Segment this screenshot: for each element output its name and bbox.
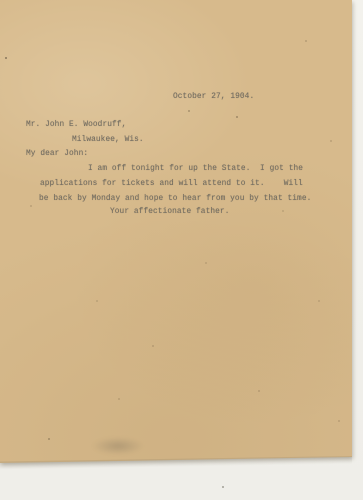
scanned-letter-image: October 27, 1904. Mr. John E. Woodruff, … xyxy=(0,0,363,500)
letter-paper: October 27, 1904. Mr. John E. Woodruff, … xyxy=(0,0,352,463)
body-line-1: I am off tonight for up the State. I got… xyxy=(88,164,303,174)
paper-stain xyxy=(92,437,144,455)
paper-shadow-wrapper: October 27, 1904. Mr. John E. Woodruff, … xyxy=(0,0,352,463)
body-line-3: be back by Monday and hope to hear from … xyxy=(39,194,311,204)
closing-line: Your affectionate father. xyxy=(110,207,229,217)
scan-margin-speck xyxy=(222,486,224,488)
recipient-city-line: Milwaukee, Wis. xyxy=(72,135,144,145)
body-line-2: applications for tickets and will attend… xyxy=(40,179,303,189)
paper-speckles xyxy=(0,0,2,2)
salutation-line: My dear John: xyxy=(26,149,88,159)
recipient-name-line: Mr. John E. Woodruff, xyxy=(26,120,126,130)
date-line: October 27, 1904. xyxy=(173,92,254,102)
